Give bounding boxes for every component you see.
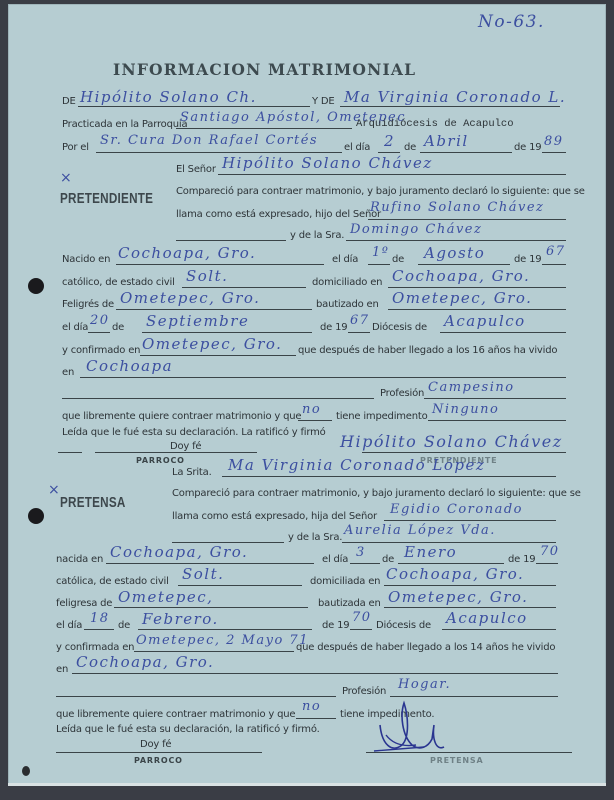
bride-baptized-value: Ometepec, Gro. (388, 588, 528, 606)
por-el-label: Por el (62, 142, 89, 153)
groom-diocesis-label: Diócesis de (372, 322, 427, 333)
page-edge (8, 783, 606, 786)
bride-name-value: Ma Virginia Coronado López (228, 456, 485, 474)
bride-diocesis-line (442, 629, 556, 630)
bride-birth-year-line (536, 563, 558, 564)
header-de-label: de (404, 142, 416, 153)
bride-parroco-line (56, 752, 262, 753)
bride-llama-text: llama como está expresado, hija del Seño… (172, 511, 377, 522)
bride-signature (372, 695, 452, 755)
groom-profesion-label: Profesión (380, 388, 424, 399)
groom-mother-line (346, 240, 566, 241)
bride-baptism-month-value: Febrero. (142, 610, 219, 628)
bride-nacida-label: nacida en (56, 554, 103, 565)
groom-doy-fe: Doy fé (170, 441, 201, 452)
header-year-line (542, 152, 566, 153)
bride-parroco-caption: PARROCO (134, 756, 183, 765)
bride-comparecio-text: Compareció para contraer matrimonio, y b… (172, 488, 581, 499)
bride-catolica-label: católica, de estado civil (56, 576, 169, 587)
groom-civil-status-value: Solt. (186, 267, 228, 285)
bride-feligresa-line (114, 607, 308, 608)
bride-feligresa-value: Ometepec, (118, 588, 213, 606)
bride-civil-status-value: Solt. (182, 565, 224, 583)
groom-birth-month-value: Agosto (424, 244, 485, 262)
groom-short-value: Hipólito Solano Ch. (80, 88, 257, 106)
groom-birthplace-value: Cochoapa, Gro. (118, 244, 256, 262)
groom-lived-value: Cochoapa (86, 357, 173, 375)
por-el-value: Sr. Cura Don Rafael Cortés (100, 133, 318, 148)
pretensa-check-mark: × (48, 482, 60, 498)
pretendiente-check-mark: × (60, 170, 72, 186)
bride-signature-line (366, 752, 572, 753)
bride-baptism-day-value: 18 (90, 611, 110, 626)
bride-baptism-year-label: de 19 (322, 620, 349, 631)
groom-impediment-detail-value: Ninguno (432, 402, 499, 417)
bride-birth-month-value: Enero (404, 543, 457, 561)
header-year-value: 89 (544, 134, 564, 149)
bride-despues-text: que después de haber llegado a los 14 añ… (296, 642, 555, 653)
bride-domicile-value: Cochoapa, Gro. (386, 565, 524, 583)
header-day-line (378, 152, 400, 153)
groom-dia-label: el día (332, 254, 358, 265)
bride-name-line (222, 476, 556, 477)
pretendiente-section-label: PRETENDIENTE (60, 190, 153, 207)
bride-en-label: en (56, 664, 68, 675)
groom-birth-year-value: 67 (546, 244, 566, 259)
pretensa-section-label: PRETENSA (60, 494, 126, 511)
groom-birth-de-label: de (392, 254, 404, 265)
groom-domicile-value: Cochoapa, Gro. (392, 267, 530, 285)
bride-leida-text: Leída que le fué esta su declaración, la… (56, 724, 320, 735)
bride-bautizada-label: bautizada en (318, 598, 381, 609)
groom-tiene-label: tiene impedimento (336, 411, 428, 422)
groom-profession-line (424, 398, 566, 399)
groom-baptism-month-line (142, 332, 312, 333)
bride-signature-caption: PRETENSA (430, 756, 483, 765)
groom-lived-line (80, 377, 566, 378)
groom-leida-text: Leída que le fué esta su declaración. La… (62, 427, 326, 438)
por-el-line (96, 152, 342, 153)
bride-domiciliada-label: domiciliada en (310, 576, 380, 587)
groom-father-line (368, 219, 566, 220)
groom-father-value: Rufino Solano Chávez (370, 200, 544, 215)
groom-parroco-line (95, 452, 257, 453)
groom-birth-year-label: de 19 (514, 254, 541, 265)
bride-baptized-line (384, 607, 556, 608)
groom-profession-value: Campesino (428, 380, 515, 395)
groom-baptized-value: Ometepec, Gro. (392, 289, 532, 307)
groom-bautizado-label: bautizado en (316, 299, 379, 310)
de-label: DE (62, 96, 76, 107)
groom-libremente-text: que libremente quiere contraer matrimoni… (62, 411, 301, 422)
groom-father-line2 (176, 240, 286, 241)
groom-impediment-value: no (302, 402, 321, 417)
bride-birth-de-label: de (382, 554, 394, 565)
parroquia-line (176, 128, 352, 129)
groom-baptism-year-label: de 19 (320, 322, 347, 333)
bride-father-line (384, 520, 556, 521)
bride-father-value: Egidio Coronado (390, 502, 523, 517)
groom-baptized-line (388, 309, 566, 310)
bride-baptism-de-label: de (118, 620, 130, 631)
bride-confirmed-value: Ometepec, 2 Mayo 71 (136, 633, 309, 648)
bride-birth-month-line (398, 563, 504, 564)
groom-llama-text: llama como está expresado, hijo del Seño… (176, 209, 381, 220)
groom-baptism-month-value: Septiembre (146, 312, 249, 330)
groom-domiciliado-label: domiciliado en (312, 277, 382, 288)
groom-birth-month-line (418, 264, 510, 265)
groom-birthplace-line (116, 264, 324, 265)
groom-comparecio-text: Compareció para contraer matrimonio, y b… (176, 186, 585, 197)
bride-confirmed-line (134, 651, 294, 652)
groom-impediment-detail-line (428, 420, 566, 421)
bride-baptism-day-line (84, 629, 114, 630)
bride-birth-year-label: de 19 (508, 554, 535, 565)
bride-el-dia-label: el día (56, 620, 82, 631)
el-dia-label: el día (344, 142, 370, 153)
bride-short-value: Ma Virginia Coronado L. (344, 88, 566, 106)
groom-name-line (218, 174, 566, 175)
binder-hole-top (28, 278, 44, 294)
bride-mother-label: y de la Sra. (288, 532, 342, 543)
srita-label: La Srita. (172, 467, 212, 478)
header-day-value: 2 (384, 132, 395, 150)
groom-birth-year-line (542, 264, 566, 265)
bride-diocesis-label: Diócesis de (376, 620, 431, 631)
groom-diocesis-line (440, 332, 566, 333)
bride-profesion-blank-line (56, 696, 336, 697)
bride-doy-fe: Doy fé (140, 739, 171, 750)
groom-catolico-label: católico, de estado civil (62, 277, 175, 288)
binder-hole-bottom (28, 508, 44, 524)
groom-short-line (78, 106, 310, 107)
groom-feligres-value: Ometepec, Gro. (120, 289, 260, 307)
el-senor-label: El Señor (176, 164, 216, 175)
groom-el-dia-label: el día (62, 322, 88, 333)
groom-parroco-short-line (58, 452, 82, 453)
groom-name-value: Hipólito Solano Chávez (222, 154, 433, 172)
ink-spot (22, 766, 30, 776)
groom-diocesis-value: Acapulco (444, 312, 526, 330)
groom-mother-value: Domingo Chávez (350, 222, 482, 237)
groom-profesion-blank-line (62, 398, 374, 399)
bride-profession-value: Hogar. (398, 677, 451, 692)
bride-dia-label: el día (322, 554, 348, 565)
bride-baptism-month-line (138, 629, 312, 630)
bride-baptism-year-line (350, 629, 372, 630)
bride-confirmada-label: y confirmada en (56, 642, 134, 653)
groom-mother-label: y de la Sra. (290, 230, 344, 241)
groom-birth-day-value: 1º (372, 245, 389, 260)
groom-confirmed-line (140, 355, 296, 356)
bride-diocesis-value: Acapulco (446, 609, 528, 627)
groom-baptism-year-value: 67 (350, 313, 370, 328)
groom-domicile-line (388, 287, 566, 288)
bride-birthplace-value: Cochoapa, Gro. (110, 543, 248, 561)
parroquia-label: Practicada en la Parroquia (62, 119, 187, 130)
bride-libremente-text: que libremente quiere contraer matrimoni… (56, 709, 295, 720)
bride-impediment-value: no (302, 699, 321, 714)
groom-feligres-line (116, 309, 312, 310)
bride-birth-day-line (350, 563, 380, 564)
groom-feligres-label: Feligrés de (62, 299, 114, 310)
groom-impediment-line (298, 420, 332, 421)
groom-parroco-caption: PARROCO (136, 456, 185, 465)
header-month-value: Abril (424, 132, 469, 150)
groom-confirmado-label: y confirmado en (62, 345, 140, 356)
groom-signature: Hipólito Solano Chávez (340, 432, 563, 451)
bride-birthplace-line (106, 563, 314, 564)
bride-civil-status-line (178, 585, 302, 586)
bride-birth-day-value: 3 (356, 545, 366, 560)
groom-signature-line (362, 452, 566, 453)
bride-impediment-line (296, 718, 336, 719)
y-de-label: Y DE (312, 96, 335, 107)
page-title: INFORMACION MATRIMONIAL (113, 60, 416, 79)
groom-birth-day-line (368, 264, 390, 265)
bride-baptism-year-value: 70 (352, 610, 372, 625)
groom-baptism-day-line (88, 332, 110, 333)
groom-baptism-day-value: 20 (90, 313, 110, 328)
bride-feligresa-label: feligresa de (56, 598, 112, 609)
bride-domicile-line (384, 585, 556, 586)
bride-lived-value: Cochoapa, Gro. (76, 653, 214, 671)
arquidiocesis-label: Arquidiócesis de Acapulco (356, 118, 514, 130)
bride-lived-line (72, 673, 558, 674)
bride-mother-value: Aurelia López Vda. (344, 523, 496, 538)
record-number: No-63. (478, 12, 545, 32)
groom-baptism-year-line (348, 332, 370, 333)
groom-en-label: en (62, 367, 74, 378)
groom-civil-status-line (182, 287, 306, 288)
groom-baptism-de-label: de (112, 322, 124, 333)
header-month-line (420, 152, 512, 153)
header-year-label: de 19 (514, 142, 541, 153)
groom-nacido-label: Nacido en (62, 254, 110, 265)
bride-short-line (340, 106, 560, 107)
bride-birth-year-value: 70 (540, 544, 560, 559)
groom-confirmed-value: Ometepec, Gro. (142, 335, 282, 353)
groom-despues-text: que después de haber llegado a los 16 añ… (298, 345, 557, 356)
